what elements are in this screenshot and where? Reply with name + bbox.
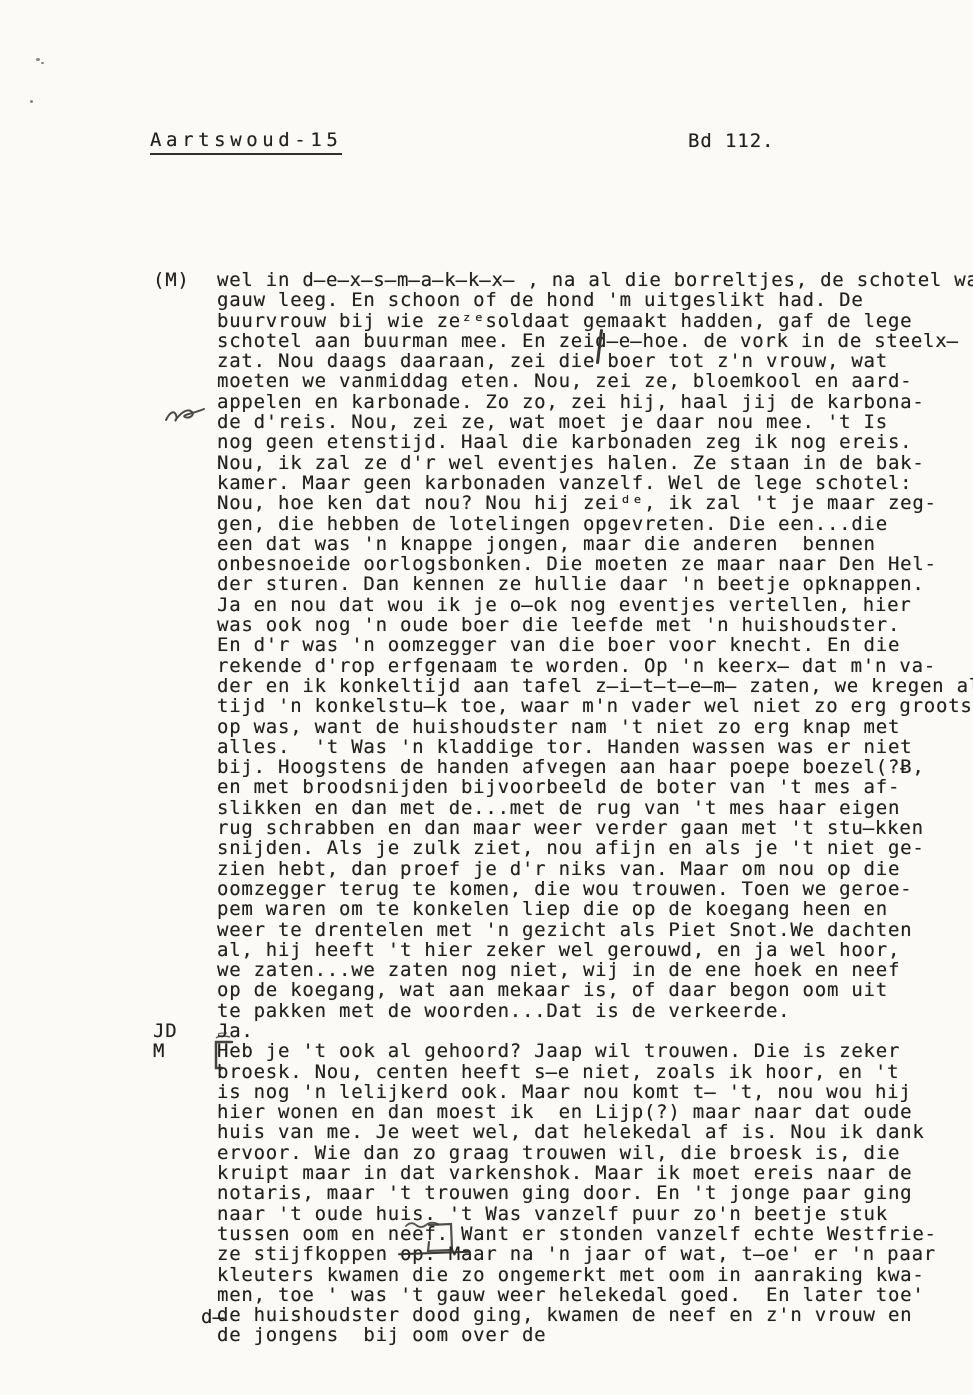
text-line: Ja en nou dat wou ik je o̶ok nog eventje… bbox=[217, 595, 973, 615]
text-line: moeten we vanmiddag eten. Nou, zei ze, b… bbox=[217, 371, 973, 391]
text-line: en met broodsnijden bijvoorbeeld de bote… bbox=[217, 777, 973, 797]
text-line: te pakken met de woorden...Dat is de ver… bbox=[217, 1001, 973, 1021]
speaker-label: JD bbox=[153, 1021, 217, 1041]
text-line: Nou, hoe ken dat nou? Nou hij zeiᵈᵉ, ik … bbox=[217, 493, 973, 513]
text-line: tussen oom en neef. Want er stonden vanz… bbox=[217, 1224, 968, 1244]
text-line: wel in d̶e̶x̶s̶m̶a̶k̶k̶x̶ , na al die bo… bbox=[217, 270, 973, 290]
text-line: broesk. Nou, centen heeft s̶e niet, zoal… bbox=[217, 1062, 968, 1082]
text-line: de d'reis. Nou, zei ze, wat moet je daar… bbox=[217, 412, 973, 432]
text-line: En d'r was 'n oomzegger van die boer voo… bbox=[217, 635, 973, 655]
speech-text: Ja. bbox=[217, 1021, 968, 1041]
text-line: pem waren om te konkelen liep die op de … bbox=[217, 899, 973, 919]
text-line: slikken en dan met de...met de rug van '… bbox=[217, 798, 973, 818]
text-line: zien hebt, dan proef je d'r niks van. Ma… bbox=[217, 859, 973, 879]
text-line: was ook nog 'n oude boer die leefde met … bbox=[217, 615, 973, 635]
speech-block-jd: JD Ja. bbox=[153, 1021, 968, 1041]
text-line: bij. Hoogstens de handen afvegen aan haa… bbox=[217, 757, 973, 777]
text-line: al, hij heeft 't hier zeker wel gerouwd,… bbox=[217, 940, 973, 960]
text-line: tijd 'n konkelstu̶k toe, waar m'n vader … bbox=[217, 696, 973, 716]
text-line: Heb je 't ook al gehoord? Jaap wil trouw… bbox=[217, 1041, 968, 1061]
text-line: alles. 't Was 'n kladdige tor. Handen wa… bbox=[217, 737, 973, 757]
text-line: Nou, ik zal ze d'r wel eventjes halen. Z… bbox=[217, 453, 973, 473]
text-line: op was, want de huishoudster nam 't niet… bbox=[217, 717, 973, 737]
text-line: gen, die hebben de lotelingen opgevreten… bbox=[217, 514, 973, 534]
text-line: schotel aan buurman mee. En zeid̶e̶hoe. … bbox=[217, 331, 973, 351]
speaker-label: M bbox=[153, 1041, 217, 1061]
text-line: onbesnoeide oorlogsbonken. Die moeten ze… bbox=[217, 554, 973, 574]
text-line: notaris, maar 't trouwen ging door. En '… bbox=[217, 1183, 968, 1203]
text-line: kamer. Maar geen karbonaden vanzelf. Wel… bbox=[217, 473, 973, 493]
text-line: oomzegger terug te komen, die wou trouwe… bbox=[217, 879, 973, 899]
margin-overstrike-char: d̶ bbox=[201, 1306, 225, 1328]
transcript: (M) wel in d̶e̶x̶s̶m̶a̶k̶k̶x̶ , na al di… bbox=[153, 270, 968, 1346]
text-line: kruipt maar in dat varkenshok. Maar ik m… bbox=[217, 1163, 968, 1183]
speech-block-m1: (M) wel in d̶e̶x̶s̶m̶a̶k̶k̶x̶ , na al di… bbox=[153, 270, 968, 1021]
scan-speck bbox=[30, 100, 33, 103]
text-line: appelen en karbonade. Zo zo, zei hij, ha… bbox=[217, 392, 973, 412]
text-line: een dat was 'n knappe jongen, maar die a… bbox=[217, 534, 973, 554]
text-line: weer te drentelen met 'n gezicht als Pie… bbox=[217, 920, 973, 940]
text-line: buurvrouw bij wie zeᶻᵉsoldaat gemaakt ha… bbox=[217, 311, 973, 331]
text-line: naar 't oude huis. 't Was vanzelf puur z… bbox=[217, 1204, 968, 1224]
text-line: is nog 'n lelijkerd ook. Maar nou komt t… bbox=[217, 1082, 968, 1102]
scan-speck bbox=[36, 58, 40, 61]
text-line: hier wonen en dan moest ik en Lijp(?) ma… bbox=[217, 1102, 968, 1122]
speaker-label: (M) bbox=[153, 270, 217, 290]
text-line: ervoor. Wie dan zo graag trouwen wil, di… bbox=[217, 1143, 968, 1163]
text-line: kleuters kwamen die zo ongemerkt met oom… bbox=[217, 1265, 968, 1285]
text-line: op de koegang, wat aan mekaar is, of daa… bbox=[217, 980, 973, 1000]
text-line: huis van me. Je weet wel, dat helekedal … bbox=[217, 1122, 968, 1142]
text-line: we zaten...we zaten nog niet, wij in de … bbox=[217, 960, 973, 980]
speech-text: wel in d̶e̶x̶s̶m̶a̶k̶k̶x̶ , na al die bo… bbox=[217, 270, 973, 1021]
text-line: rug schrabben en dan maar weer verder ga… bbox=[217, 818, 973, 838]
speech-block-m2: M Heb je 't ook al gehoord? Jaap wil tro… bbox=[153, 1041, 968, 1345]
text-line: rekende d'rop erfgenaam te worden. Op 'n… bbox=[217, 656, 973, 676]
scan-speck bbox=[41, 62, 44, 64]
document-reference: Bd 112. bbox=[688, 130, 774, 152]
text-line: ze stijfkoppen op. Maar na 'n jaar of wa… bbox=[217, 1244, 968, 1264]
text-line: gauw leeg. En schoon of de hond 'm uitge… bbox=[217, 290, 973, 310]
text-line: de jongens bij oom over de bbox=[217, 1325, 968, 1345]
text-line: men, toe ' was 't gauw weer helekedal go… bbox=[217, 1285, 968, 1305]
text-line: snijden. Als je zulk ziet, nou afijn en … bbox=[217, 838, 973, 858]
text-line: zat. Nou daags daaraan, zei die boer tot… bbox=[217, 351, 973, 371]
text-line: nog geen etenstijd. Haal die karbonaden … bbox=[217, 432, 973, 452]
text-line: Ja. bbox=[217, 1021, 968, 1041]
speech-text: Heb je 't ook al gehoord? Jaap wil trouw… bbox=[217, 1041, 968, 1345]
document-title: Aartswoud-15 bbox=[150, 129, 342, 155]
text-line: de huishoudster dood ging, kwamen de nee… bbox=[217, 1305, 968, 1325]
scanned-document-page: Aartswoud-15 Bd 112. (M) wel in d̶e̶x̶s̶… bbox=[0, 0, 973, 1395]
text-line: der sturen. Dan kennen ze hullie daar 'n… bbox=[217, 574, 973, 594]
text-line: der en ik konkeltijd aan tafel z̶i̶t̶t̶e… bbox=[217, 676, 973, 696]
